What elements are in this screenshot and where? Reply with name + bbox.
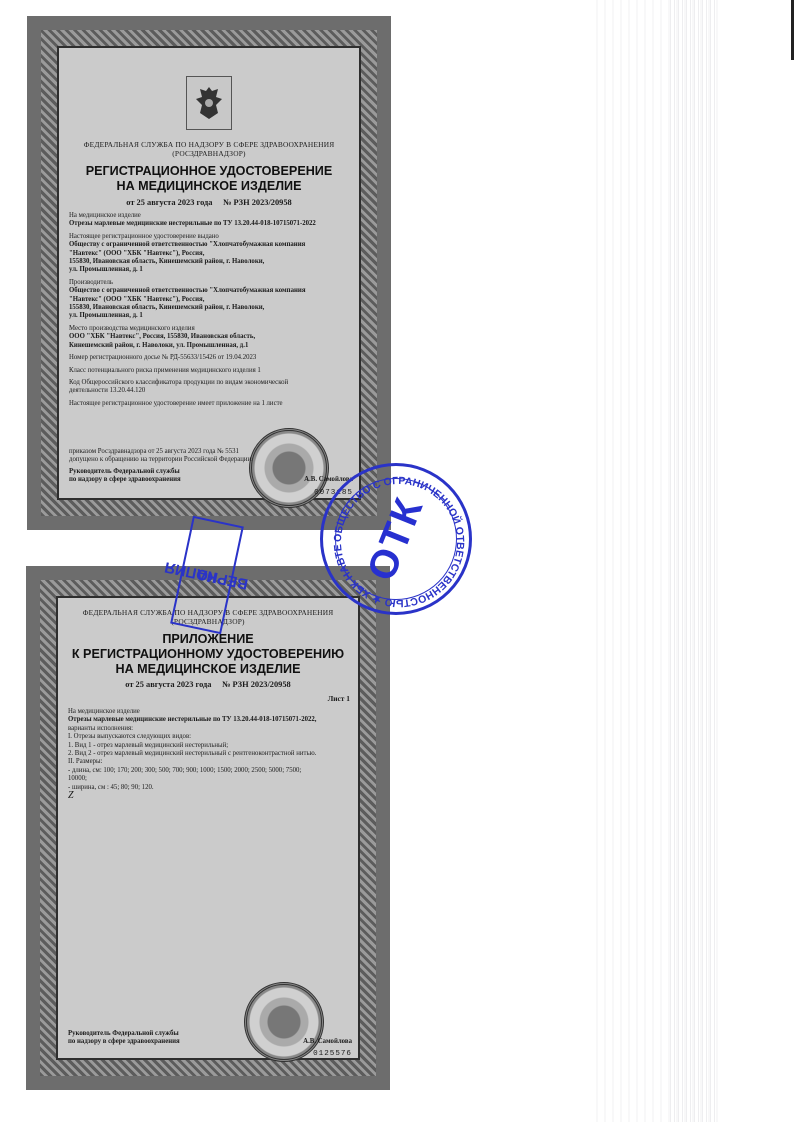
length-line: - длина, см: 100; 170; 200; 300; 500; 70…: [68, 767, 301, 774]
issued-label: Настоящее регистрационное удостоверение …: [69, 233, 219, 240]
sheet-number: Лист 1: [328, 694, 350, 703]
appendix-title-line3: НА МЕДИЦИНСКОЕ ИЗДЕЛИЕ: [58, 662, 358, 677]
appendix-number: № РЗН 2023/20958: [222, 680, 291, 689]
certificate-number: № РЗН 2023/20958: [223, 198, 292, 207]
issued-to-line: Обществу с ограниченной ответственностью…: [69, 241, 305, 248]
certificate-title-line1: РЕГИСТРАЦИОННОЕ УДОСТОВЕРЕНИЕ: [59, 164, 359, 179]
order-line: допущено к обращению на территории Росси…: [69, 456, 253, 463]
device-label: На медицинское изделие: [69, 212, 141, 219]
order-line: приказом Росздравнадзора от 25 августа 2…: [69, 448, 239, 455]
scan-streak-band: [670, 0, 715, 1122]
certificate-date: от 25 августа 2023 года: [126, 198, 212, 207]
manufacturer-line: "Навтекс" (ООО "ХБК "Навтекс"), Россия,: [69, 296, 204, 303]
okpd-line: деятельности 13.20.44.120: [69, 387, 145, 394]
official-seal-icon: [244, 982, 324, 1062]
appendix-date: от 25 августа 2023 года: [125, 680, 211, 689]
issued-to-line: "Навтекс" (ООО "ХБК "Навтекс"), Россия,: [69, 250, 204, 257]
variant-line: I. Отрезы выпускаются следующих видов:: [68, 733, 191, 740]
variants-label: варианты исполнения:: [68, 725, 133, 732]
appendix-details: На медицинское изделие Отрезы марлевые м…: [58, 708, 358, 801]
manufacturer-line: Общество с ограниченной ответственностью…: [69, 287, 306, 294]
device-label: На медицинское изделие: [68, 708, 140, 715]
appendix-note: Настоящее регистрационное удостоверение …: [69, 400, 283, 407]
appendix-body: ФЕДЕРАЛЬНАЯ СЛУЖБА ПО НАДЗОРУ В СФЕРЕ ЗД…: [56, 596, 360, 1060]
certificate-appendix: ФЕДЕРАЛЬНАЯ СЛУЖБА ПО НАДЗОРУ В СФЕРЕ ЗД…: [26, 566, 390, 1090]
manufacturer-line: 155830, Ивановская область, Кинешемский …: [69, 304, 264, 311]
production-label: Место производства медицинского изделия: [69, 325, 195, 332]
production-line: Кинешемский район, г. Наволоки, ул. Пром…: [69, 342, 248, 349]
end-mark: Z: [68, 790, 74, 801]
variant-line: 2. Вид 2 - отрез марлевый медицинский не…: [68, 750, 316, 757]
agency-name: ФЕДЕРАЛЬНАЯ СЛУЖБА ПО НАДЗОРУ В СФЕРЕ ЗД…: [59, 140, 359, 149]
registration-certificate: ФЕДЕРАЛЬНАЯ СЛУЖБА ПО НАДЗОРУ В СФЕРЕ ЗД…: [27, 16, 391, 530]
device-name: Отрезы марлевые медицинские нестерильные…: [68, 716, 317, 723]
production-line: ООО "ХБК "Навтекс", Россия, 155830, Иван…: [69, 333, 255, 340]
coat-of-arms-icon: [186, 76, 232, 130]
length-line-cont: 10000;: [68, 775, 87, 782]
dossier-number: Номер регистрационного досье № РД-55633/…: [69, 354, 256, 361]
signatory-title: Руководитель Федеральной службы по надзо…: [69, 468, 181, 485]
certificate-date-number: от 25 августа 2023 года № РЗН 2023/20958: [59, 198, 359, 207]
certificate-title-line2: НА МЕДИЦИНСКОЕ ИЗДЕЛИЕ: [59, 179, 359, 194]
appendix-date-number: от 25 августа 2023 года № РЗН 2023/20958: [58, 680, 358, 689]
manufacturer-line: ул. Промышленная, д. 1: [69, 312, 143, 319]
appendix-title-line2: К РЕГИСТРАЦИОННОМУ УДОСТОВЕРЕНИЮ: [58, 647, 358, 662]
order-text: приказом Росздравнадзора от 25 августа 2…: [59, 448, 359, 465]
manufacturer-label: Производитель: [69, 279, 113, 286]
width-line: - ширина, см : 45; 80; 90; 120.: [68, 784, 154, 791]
issued-to-line: ул. Промышленная, д. 1: [69, 266, 143, 273]
certificate-body: ФЕДЕРАЛЬНАЯ СЛУЖБА ПО НАДЗОРУ В СФЕРЕ ЗД…: [57, 46, 361, 500]
agency-short: (РОСЗДРАВНАДЗОР): [59, 149, 359, 158]
otk-quality-stamp: ОБЩЕСТВО С ОГРАНИЧЕННОЙ ОТВЕТСТВЕННОСТЬЮ…: [320, 463, 472, 615]
appendix-title-line1: ПРИЛОЖЕНИЕ: [58, 632, 358, 647]
form-serial: 0125576: [313, 1050, 352, 1058]
variant-line: 1. Вид 1 - отрез марлевый медицинский не…: [68, 742, 228, 749]
signatory-name: А.В. Самойлова: [303, 1038, 352, 1046]
risk-class: Класс потенциального риска применения ме…: [69, 367, 261, 374]
device-name: Отрезы марлевые медицинские нестерильные…: [69, 220, 316, 227]
sizes-heading: II. Размеры:: [68, 758, 102, 765]
okpd-line: Код Общероссийского классификатора проду…: [69, 379, 288, 386]
issued-to-line: 155830, Ивановская область, Кинешемский …: [69, 258, 264, 265]
signatory-title: Руководитель Федеральной службы по надзо…: [68, 1030, 180, 1047]
certificate-details: На медицинское изделие Отрезы марлевые м…: [59, 212, 359, 412]
